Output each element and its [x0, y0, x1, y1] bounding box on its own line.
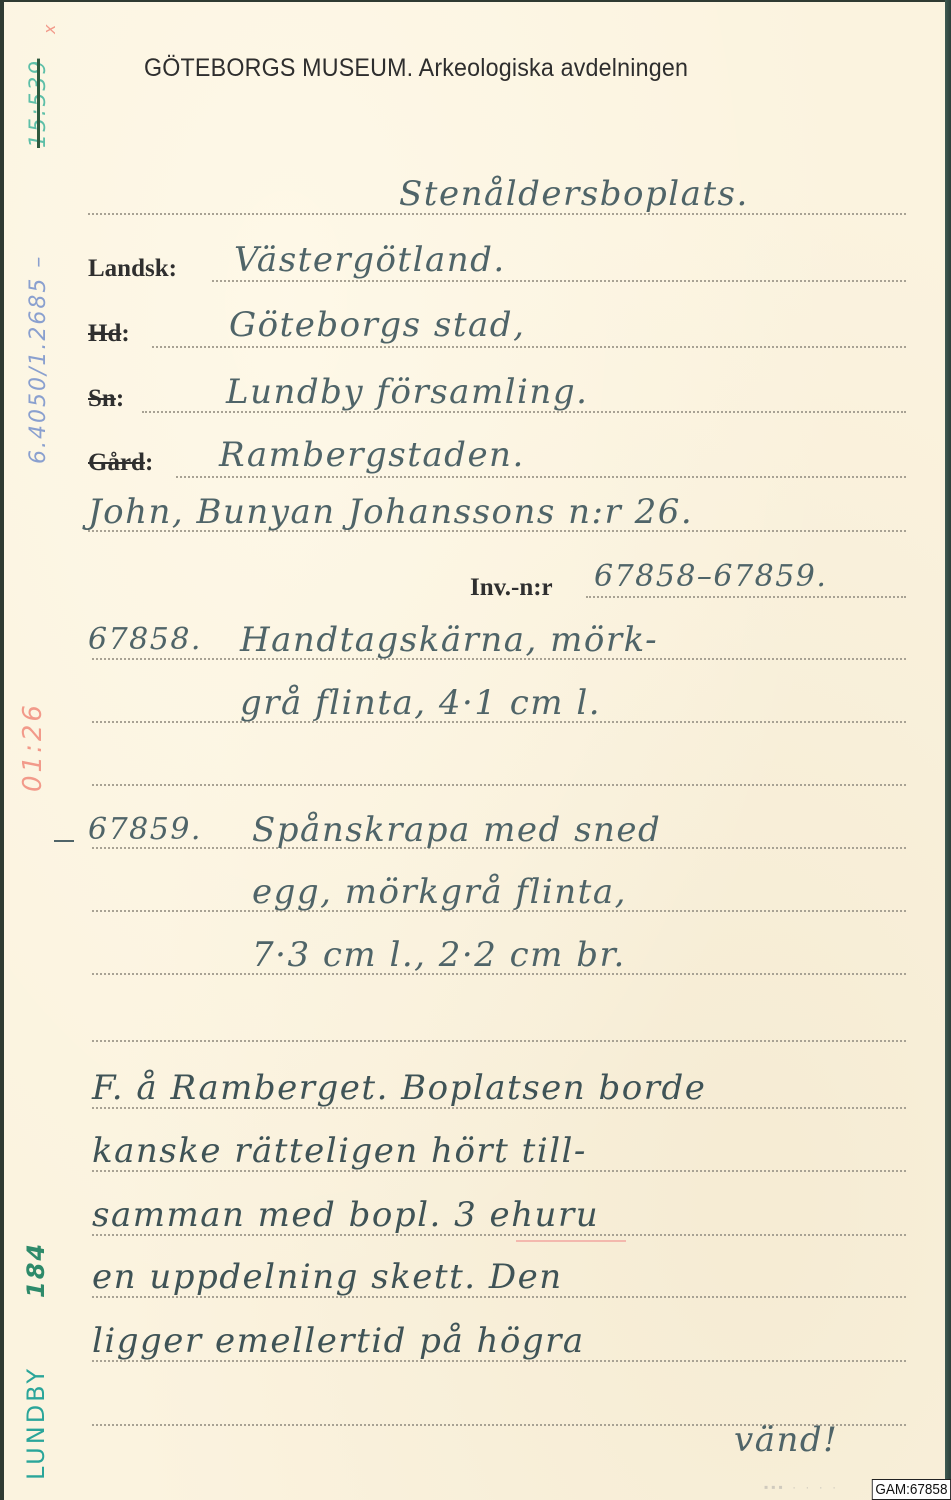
note-line: kanske rätteligen hört till- [92, 1131, 587, 1171]
dotted-line [212, 280, 906, 282]
dotted-line [92, 1040, 906, 1042]
label-landsk: Landsk: [88, 255, 177, 283]
margin-red-date: 01:26 [18, 702, 48, 792]
label-hd: Hd: [88, 320, 130, 348]
item-dash [54, 840, 74, 842]
parish-number: 184 [22, 1242, 50, 1298]
margin-red-mark: x [40, 22, 59, 34]
item-desc-line: grå flinta, 4·1 cm l. [240, 683, 601, 723]
note-line: ligger emellertid på högra [92, 1321, 585, 1361]
value-hd: Göteborgs stad, [229, 305, 525, 345]
value-landsk: Västergötland. [234, 240, 506, 280]
margin-blue-numbers: 6.4050/1.2685 – [26, 255, 51, 464]
dotted-line [92, 784, 906, 786]
dotted-line [152, 346, 906, 348]
owner-line: John, Bunyan Johanssons n:r 26. [88, 492, 693, 532]
museum-header: GÖTEBORGS MUSEUM. Arkeologiska avdelning… [144, 54, 688, 83]
note-line: vänd! [734, 1420, 838, 1460]
value-gard: Rambergstaden. [219, 435, 525, 475]
note-line: en uppdelning skett. Den [92, 1257, 563, 1297]
label-gard: Gård: [88, 449, 153, 477]
value-sn: Lundby församling. [226, 372, 588, 412]
site-type: Stenåldersboplats. [399, 174, 749, 214]
note-line: F. å Ramberget. Boplatsen borde [92, 1068, 706, 1108]
faint-stamp: ▪▪▪ · · · · [764, 1480, 839, 1494]
red-pencil-underline [516, 1240, 626, 1242]
item-desc-line: Spånskrapa med sned [252, 810, 661, 850]
item-number-67859: 67859. [88, 812, 202, 847]
dotted-line [176, 476, 906, 478]
item-number-67858: 67858. [88, 622, 202, 657]
dotted-line [586, 596, 906, 598]
item-desc-line: Handtagskärna, mörk- [240, 620, 658, 660]
reference-id: GAM:67858 [872, 1479, 951, 1500]
parish-stamp: LUNDBY [22, 1366, 50, 1480]
catalog-card: GÖTEBORGS MUSEUM. Arkeologiska avdelning… [4, 2, 945, 1500]
card-edge [945, 0, 951, 1500]
label-inventory: Inv.-n:r [470, 574, 553, 602]
item-desc-line: 7·3 cm l., 2·2 cm br. [252, 935, 626, 975]
margin-green-number: 15:539 [26, 59, 51, 148]
inventory-range: 67858–67859. [594, 559, 827, 594]
item-desc-line: egg, mörkgrå flinta, [252, 872, 627, 912]
note-line: samman med bopl. 3 ehuru [92, 1195, 599, 1235]
label-sn: Sn: [88, 385, 124, 413]
